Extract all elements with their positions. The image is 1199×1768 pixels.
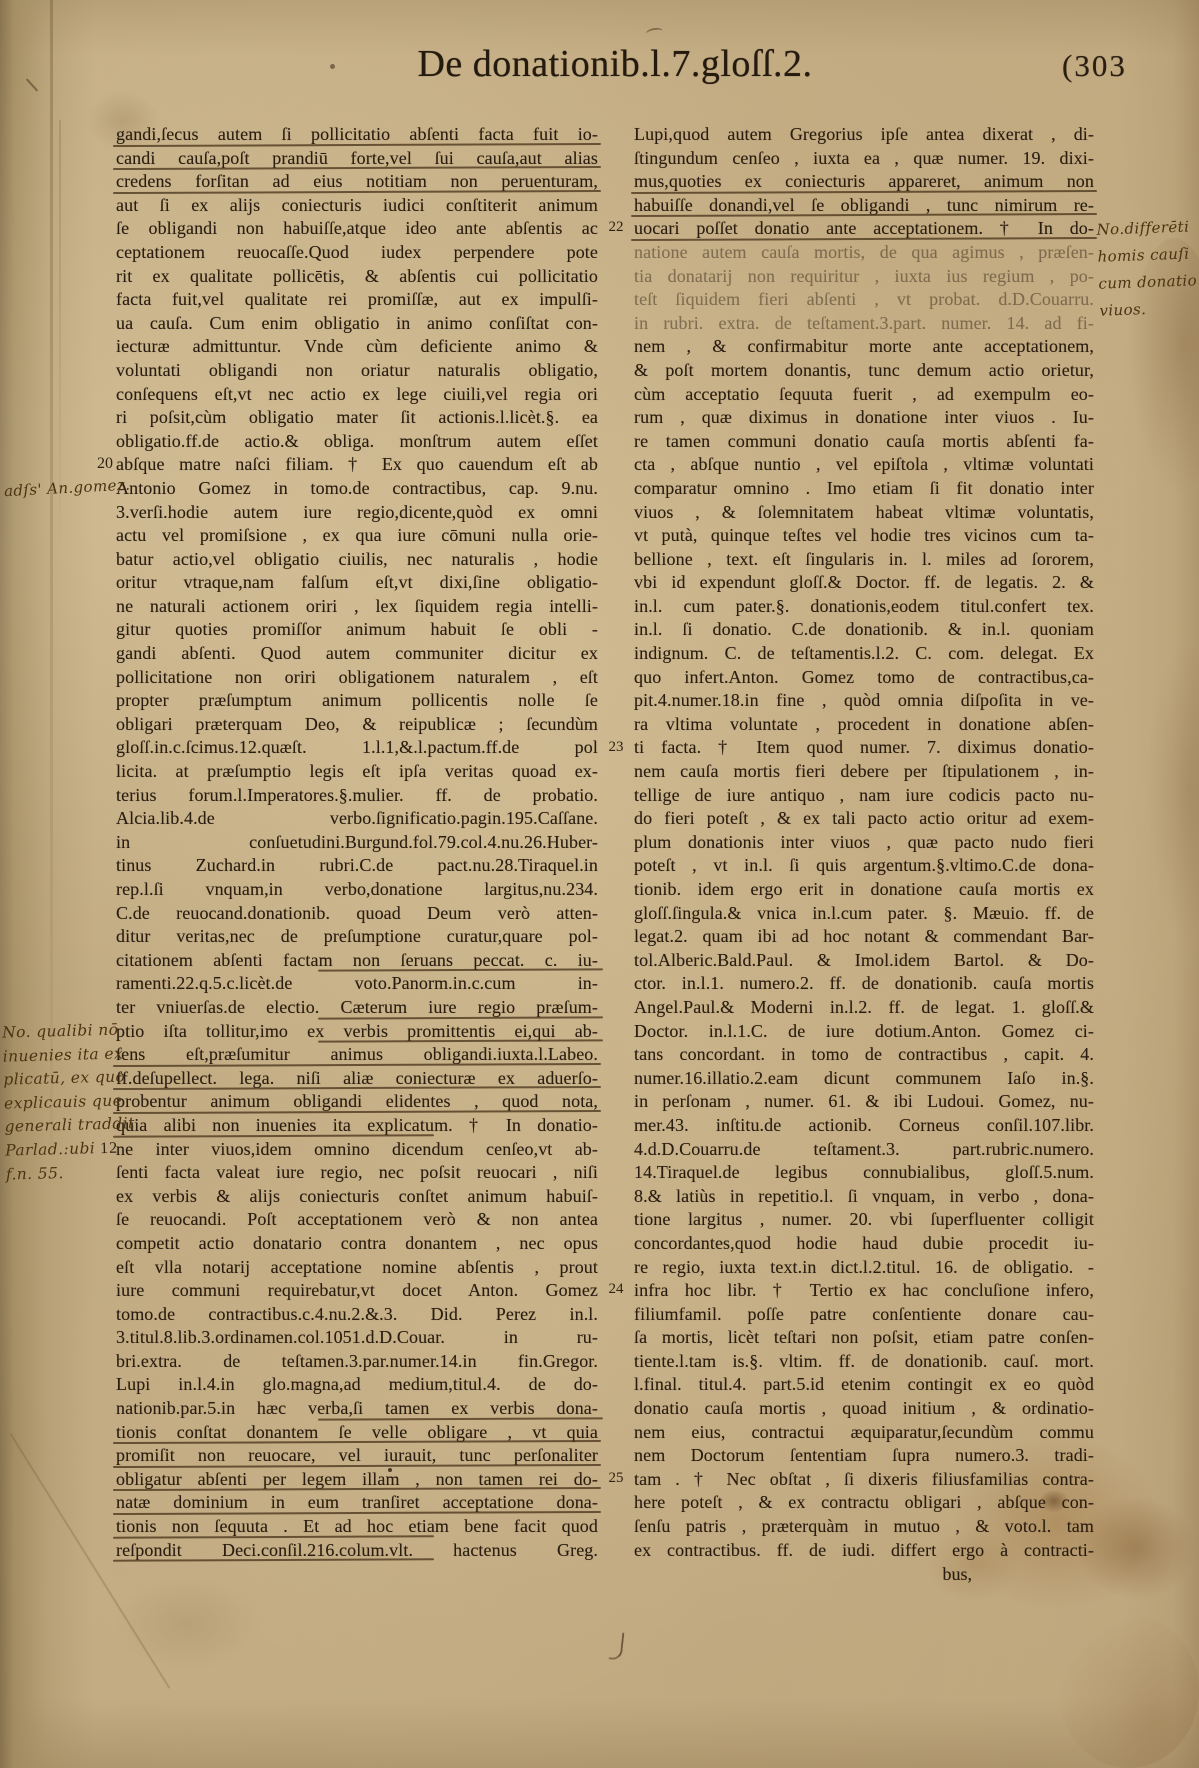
text-line-left-23: gandi abſenti. Quod autem communiter dic… [116, 642, 598, 666]
text-line-left-17: 3.verſi.hodie autem iure regio,dicente,q… [116, 501, 598, 525]
left-text-column: gandi,ſecus autem ſi pollicitatio abſent… [116, 123, 598, 1562]
text-line-left-41: ff.deſupellect. lega. niſi aliæ coniectu… [116, 1067, 598, 1091]
text-line-left-9: ua cauſa. Cum enim obligatio in animo co… [116, 312, 598, 336]
text-line-right-47: tione largitus , numer. 20. vbi ſuperflu… [634, 1208, 1094, 1232]
text-line-left-34: C.de reuocand.donationib. quoad Deum ver… [116, 902, 598, 926]
text-line-left-31: in conſuetudini.Burgund.fol.79.col.4.nu.… [116, 831, 598, 855]
handwritten-note-left-block: No. qualibi nōinuenies ita explicatū, ex… [2, 1018, 130, 1186]
left-margin-paragraph-number-12: 12 [95, 1139, 118, 1157]
text-line-left-19: batur actio,vel obligatio ciuilis, nec n… [116, 548, 598, 572]
corner-stain [1058, 1614, 1199, 1768]
text-line-left-30: Alcia.lib.4.de verbo.ſignificatio.pagin.… [116, 807, 598, 831]
gutter-paragraph-number-22: 22 [601, 219, 631, 236]
text-line-right-35: legat.2. quam ibi ad hoc notant & commen… [634, 925, 1094, 949]
text-line-right-16: comparatur omnino . Imo etiam ſi fit don… [634, 477, 1094, 501]
text-line-left-12: conſequens eſt,vt nec actio ex lege ciui… [116, 383, 598, 407]
text-line-left-48: competit actio donatario contra donantem… [116, 1232, 598, 1256]
text-line-right-10: nem , & confirmabitur morte ante accepta… [634, 335, 1094, 359]
text-line-left-35: ditur veritas,nec de preſumptione curatu… [116, 925, 598, 949]
text-line-right-52: ſa mortis, licèt teſtari non poſsit, eti… [634, 1326, 1094, 1350]
text-line-right-30: do fieri poteſt , & ex tali pacto actio … [634, 807, 1094, 831]
handwritten-note-line: No. qualibi nō [2, 1018, 127, 1045]
stain-right-edge-lower [1146, 640, 1199, 940]
text-line-left-45: ſenti facta valeat iure regio, nec poſsi… [116, 1161, 598, 1185]
text-line-left-28: licita. at præſumptio legis eſt ipſa ver… [116, 760, 598, 784]
text-line-left-37: ramenti.22.q.5.c.licèt.de voto.Panorm.in… [116, 972, 598, 996]
text-line-right-42: in perſonam , numer. 61. & ibi Ludoui. G… [634, 1090, 1094, 1114]
text-line-right-31: plum donationis inter viuos , quæ pacto … [634, 831, 1094, 855]
handwritten-note-line: homis cauſi [1097, 241, 1198, 271]
text-line-left-49: eſt vlla notarij acceptatione nomine abſ… [116, 1256, 598, 1280]
text-line-right-20: vbi id expendunt gloſſ.& Doctor. ff. de … [634, 571, 1094, 595]
text-line-left-51: tomo.de contractibus.c.4.nu.2.&.3. Did. … [116, 1303, 598, 1327]
text-line-right-37: ctor. in.l.1. numero.2. ff. de donationi… [634, 972, 1094, 996]
text-line-left-11: voluntati obligandi non oriatur naturali… [116, 359, 598, 383]
ink-pen-stroke [609, 1631, 625, 1660]
text-line-right-28: nem cauſa mortis fieri debere per ſtipul… [634, 760, 1094, 784]
text-line-right-55: donatio cauſa mortis , quoad initium , &… [634, 1397, 1094, 1421]
text-line-left-26: obligari præterquam Deo, & reipublicæ ; … [116, 713, 598, 737]
text-line-right-7: tia donatarij non requiritur , iuxta ius… [634, 265, 1094, 289]
text-line-left-33: rep.l.ſi vnquam,in verbo,donatione largi… [116, 878, 598, 902]
text-line-right-1: Lupi,quod autem Gregorius ipſe antea dix… [634, 123, 1094, 147]
handwritten-note-line: viuos. [1099, 295, 1199, 325]
right-text-column: Lupi,quod autem Gregorius ipſe antea dix… [634, 123, 1094, 1586]
foxing-stain [1076, 1496, 1196, 1600]
text-line-right-33: tionib. idem ergo erit in donatione cauſ… [634, 878, 1094, 902]
text-line-right-12: cùm acceptatio ſequuta fuerit , ad exemp… [634, 383, 1094, 407]
handwritten-note-line: generali traddit [4, 1113, 129, 1140]
text-line-left-60: tionis non ſequuta . Et ad hoc etiam ben… [116, 1515, 598, 1539]
text-line-left-15: abſque matre naſci filiam. † Ex quo caue… [116, 453, 598, 477]
text-line-left-54: Lupi in.l.4.in glo.magna,ad medium,titul… [116, 1373, 598, 1397]
text-line-right-49: re regio, iuxta text.in dict.l.2.titul. … [634, 1256, 1094, 1280]
text-line-right-34: gloſſ.ſingula.& vnica in.l.cum pater. §.… [634, 902, 1094, 926]
handwritten-note-line: No.differēti [1096, 214, 1197, 244]
handwritten-note-line: Parlad.:ubi12 [5, 1136, 130, 1163]
text-line-left-8: facta fuit,vel qualitate rei promiſſæ, a… [116, 288, 598, 312]
text-line-right-48: concordantes,quod hodie haud dubie proce… [634, 1232, 1094, 1256]
text-line-right-39: Doctor. in.l.1.C. de iure dotium.Anton. … [634, 1020, 1094, 1044]
text-line-left-56: tionis conſtat donantem ſe velle obligar… [116, 1421, 598, 1445]
text-line-left-53: bri.extra. de teſtamen.3.par.numer.14.in… [116, 1350, 598, 1374]
page-title: De donationib.l.7.gloſſ.2. [378, 42, 852, 86]
text-line-right-5: uocari poſſet donatio ante acceptationem… [634, 217, 1094, 241]
left-column-lines: gandi,ſecus autem ſi pollicitatio abſent… [116, 123, 598, 1562]
stain-bottom-left [112, 1576, 262, 1672]
text-line-left-38: ter vniuerſas.de electio. Cæterum iure r… [116, 996, 598, 1020]
text-line-right-26: ra vltima voluntate , procedent in donat… [634, 713, 1094, 737]
text-line-right-57: nem Doctorum ſententiam ſupra numero.3. … [634, 1444, 1094, 1468]
text-line-left-25: propter præſumptum animum pollicentis no… [116, 689, 598, 713]
text-line-right-29: tellige de iure antiquo , nam iure codic… [634, 784, 1094, 808]
text-line-left-21: ne naturali actionem oriri , lex ſiquide… [116, 595, 598, 619]
text-line-right-36: tol.Alberic.Bald.Paul. & Imol.idem Barto… [634, 949, 1094, 973]
text-line-left-10: iecturæ admittuntur. Vnde cùm deficiente… [116, 335, 598, 359]
text-line-right-56: nem eius, contractui æquiparatur,ſecundù… [634, 1421, 1094, 1445]
text-line-left-50: iure communi requirebatur,vt docet Anton… [116, 1279, 598, 1303]
text-line-left-39: ptio iſta tollitur,imo ex verbis promitt… [116, 1020, 598, 1044]
text-line-right-58: tam . † Nec obſtat , ſi dixeris filiusfa… [634, 1468, 1094, 1492]
text-line-left-58: obligatur abſenti per legem illam , non … [116, 1468, 598, 1492]
text-line-left-2: candi cauſa,poſt prandiū forte,vel ſui c… [116, 147, 598, 171]
text-line-left-40: ſens eſt,præſumitur animus obligandi.iux… [116, 1043, 598, 1067]
handwritten-note-line: f.n. 55. [6, 1160, 131, 1187]
gutter-paragraph-number-24: 24 [601, 1281, 631, 1298]
text-line-left-5: ſe obligandi non habuiſſe,atque ideo ant… [116, 217, 598, 241]
text-line-left-42: probentur animum obligandi elidentes , q… [116, 1090, 598, 1114]
text-line-left-3: credens forſitan ad eius notitiam non pe… [116, 170, 598, 194]
text-line-right-13: rum , quæ diximus in donatione inter viu… [634, 406, 1094, 430]
handwritten-note-line: explicauis que [4, 1089, 129, 1116]
text-line-left-46: ex verbis & alijs coniecturis conſtet an… [116, 1185, 598, 1209]
text-line-left-59: natæ dominium in eum tranſiret acceptati… [116, 1491, 598, 1515]
text-line-right-19: bellione , text. eſt ſingularis in. l. m… [634, 548, 1094, 572]
text-line-right-6: natione autem cauſa mortis, de qua agimu… [634, 241, 1094, 265]
text-line-right-24: quo infert.Anton. Gomez tomo de contract… [634, 666, 1094, 690]
handwritten-note-left-top: adſs' An.gomez. [4, 476, 127, 500]
text-line-right-18: vt putà, quinque teſtes vel hodie tres v… [634, 524, 1094, 548]
text-line-right-22: in.l. ſi donatio. C.de donationib. & in.… [634, 618, 1094, 642]
gutter-paragraph-number-25: 25 [601, 1470, 631, 1487]
text-line-right-61: ex contractibus. ff. de iudi. differt er… [634, 1539, 1094, 1563]
text-line-left-4: aut ſi ex alijs coniecturis iudici conſt… [116, 194, 598, 218]
text-line-right-15: cta , abſque nuntio , vel epiſtola , vlt… [634, 453, 1094, 477]
text-line-left-27: gloſſ.in.c.ſcimus.12.quæſt. 1.l.1,&.l.pa… [116, 736, 598, 760]
text-line-right-23: indignum. C. de teſtamentis.l.2. C. com.… [634, 642, 1094, 666]
text-line-left-36: citationem abſenti factam non ſeruans pe… [116, 949, 598, 973]
text-line-right-54: l.final. titul.4. part.5.id etenim conti… [634, 1373, 1094, 1397]
handwritten-note-line: plicatū, ex quo [3, 1065, 128, 1092]
text-line-right-44: 4.d.D.Couarru.de teſtament.3. part.rubri… [634, 1138, 1094, 1162]
text-line-right-27: ti facta. † Item quod numer. 7. diximus … [634, 736, 1094, 760]
text-line-right-21: in.l. cum pater.§. donationis,eodem titu… [634, 595, 1094, 619]
text-line-left-1: gandi,ſecus autem ſi pollicitatio abſent… [116, 123, 598, 147]
ink-dot-near-title [330, 64, 335, 69]
text-line-left-6: ceptationem reuocaſſe.Quod iudex perpend… [116, 241, 598, 265]
text-line-left-20: oritur vtraque,nam falſum eſt,vt dixi,ſi… [116, 571, 598, 595]
text-line-left-14: obligatio.ff.de actio.& obliga. monſtrum… [116, 430, 598, 454]
handwritten-note-line: inuenies ita ex [2, 1042, 127, 1069]
text-line-right-11: & poſt mortem donantis, tunc demum actio… [634, 359, 1094, 383]
text-line-right-50: infra hoc libr. † Tertio ex hac concluſi… [634, 1279, 1094, 1303]
text-line-left-57: promiſit non reuocare, vel iurauit, tunc… [116, 1444, 598, 1468]
handwritten-note-right-block: No.differētihomis cauſicum donatioviuos. [1096, 214, 1199, 325]
text-line-right-9: in rubri. extra. de teſtament.3.part. nu… [634, 312, 1094, 336]
text-line-left-29: terius forum.l.Imperatores.§.mulier. ff.… [116, 784, 598, 808]
text-line-left-52: 3.titul.8.lib.3.ordinamen.col.1051.d.D.C… [116, 1326, 598, 1350]
text-line-left-16: Antonio Gomez in tomo.de contractibus, c… [116, 477, 598, 501]
text-line-left-47: ſe reuocandi. Poſt acceptationem verò & … [116, 1208, 598, 1232]
text-line-right-43: mer.43. inſtitu.de actionib. Corneus con… [634, 1114, 1094, 1138]
spine-crease-secondary [59, 120, 61, 540]
text-line-left-32: tinus Zuchard.in rubri.C.de pact.nu.28.T… [116, 854, 598, 878]
text-line-right-41: numer.16.illatio.2.eam dicunt communem I… [634, 1067, 1094, 1091]
text-line-right-45: 14.Tiraquel.de legibus connubialibus, gl… [634, 1161, 1094, 1185]
text-line-left-43: quia alibi non inuenies ita explicatum. … [116, 1114, 598, 1138]
text-line-right-25: pit.4.numer.18.in fine , quòd omnia diſp… [634, 689, 1094, 713]
text-line-right-2: ſtingundum cenſeo , iuxta ea , quæ numer… [634, 147, 1094, 171]
left-margin-paragraph-number-20: 20 [55, 455, 113, 473]
text-line-right-3: mus,quoties ex coniecturis appareret, an… [634, 170, 1094, 194]
gutter-paragraph-number-23: 23 [601, 739, 631, 756]
text-line-right-4: habuiſſe donandi,vel ſe obligandi , tunc… [634, 194, 1094, 218]
book-page: { "page": { "title": "De donationib.l.7.… [0, 0, 1199, 1768]
text-line-left-44: ne inter viuos,idem omnino dicendum cenſ… [116, 1138, 598, 1162]
catchword: bus, [634, 1562, 1094, 1586]
text-line-left-24: pollicitatione non oriri obligationem na… [116, 666, 598, 690]
text-line-right-46: 8.& latiùs in repetitio.l. ſi vnquam, in… [634, 1185, 1094, 1209]
text-line-left-55: nationib.par.5.in hæc verba,ſi tamen ex … [116, 1397, 598, 1421]
text-line-left-7: rit ex qualitate pollicētis, & abſentis … [116, 265, 598, 289]
text-line-right-53: tiente.l.tam is.§. vltim. ff. de donatio… [634, 1350, 1094, 1374]
text-line-right-32: poteſt , vt in.l. ſi quis argentum.§.vlt… [634, 854, 1094, 878]
ink-corner-mark [26, 78, 38, 91]
text-line-right-60: ſenſu patris , præterquàm in mutuo , & v… [634, 1515, 1094, 1539]
text-line-right-59: here poteſt , & ex contractu obligari , … [634, 1491, 1094, 1515]
spine-crease [50, 0, 53, 1150]
text-line-left-61: reſpondit Deci.conſil.216.colum.vlt. hac… [116, 1539, 598, 1563]
ink-squiggle-above-title [645, 27, 663, 39]
text-line-right-17: viuos , & ſolemnitatem habeat vltimæ vol… [634, 501, 1094, 525]
page-number: (303 [1062, 48, 1127, 84]
text-line-left-22: gitur quoties promiſſor animum habuit ſe… [116, 618, 598, 642]
text-line-right-51: filiumfamil. poſſe patre conſentiente do… [634, 1303, 1094, 1327]
handwritten-note-line: cum donatio [1098, 268, 1199, 298]
text-line-right-40: tans concordant. in tomo de contractibus… [634, 1043, 1094, 1067]
text-line-right-8: teſt ſiquidem fieri abſenti , vt probat.… [634, 288, 1094, 312]
text-line-left-13: ri poſsit,cùm obligatio mater ſit action… [116, 406, 598, 430]
text-line-right-14: re tamen communi donatio cauſa mortis ab… [634, 430, 1094, 454]
text-line-right-38: Angel.Paul.& Moderni in.l.2. ff. de lega… [634, 996, 1094, 1020]
right-column-lines: Lupi,quod autem Gregorius ipſe antea dix… [634, 123, 1094, 1562]
text-line-left-18: actu vel promiſsione , ex qua iure cōmun… [116, 524, 598, 548]
